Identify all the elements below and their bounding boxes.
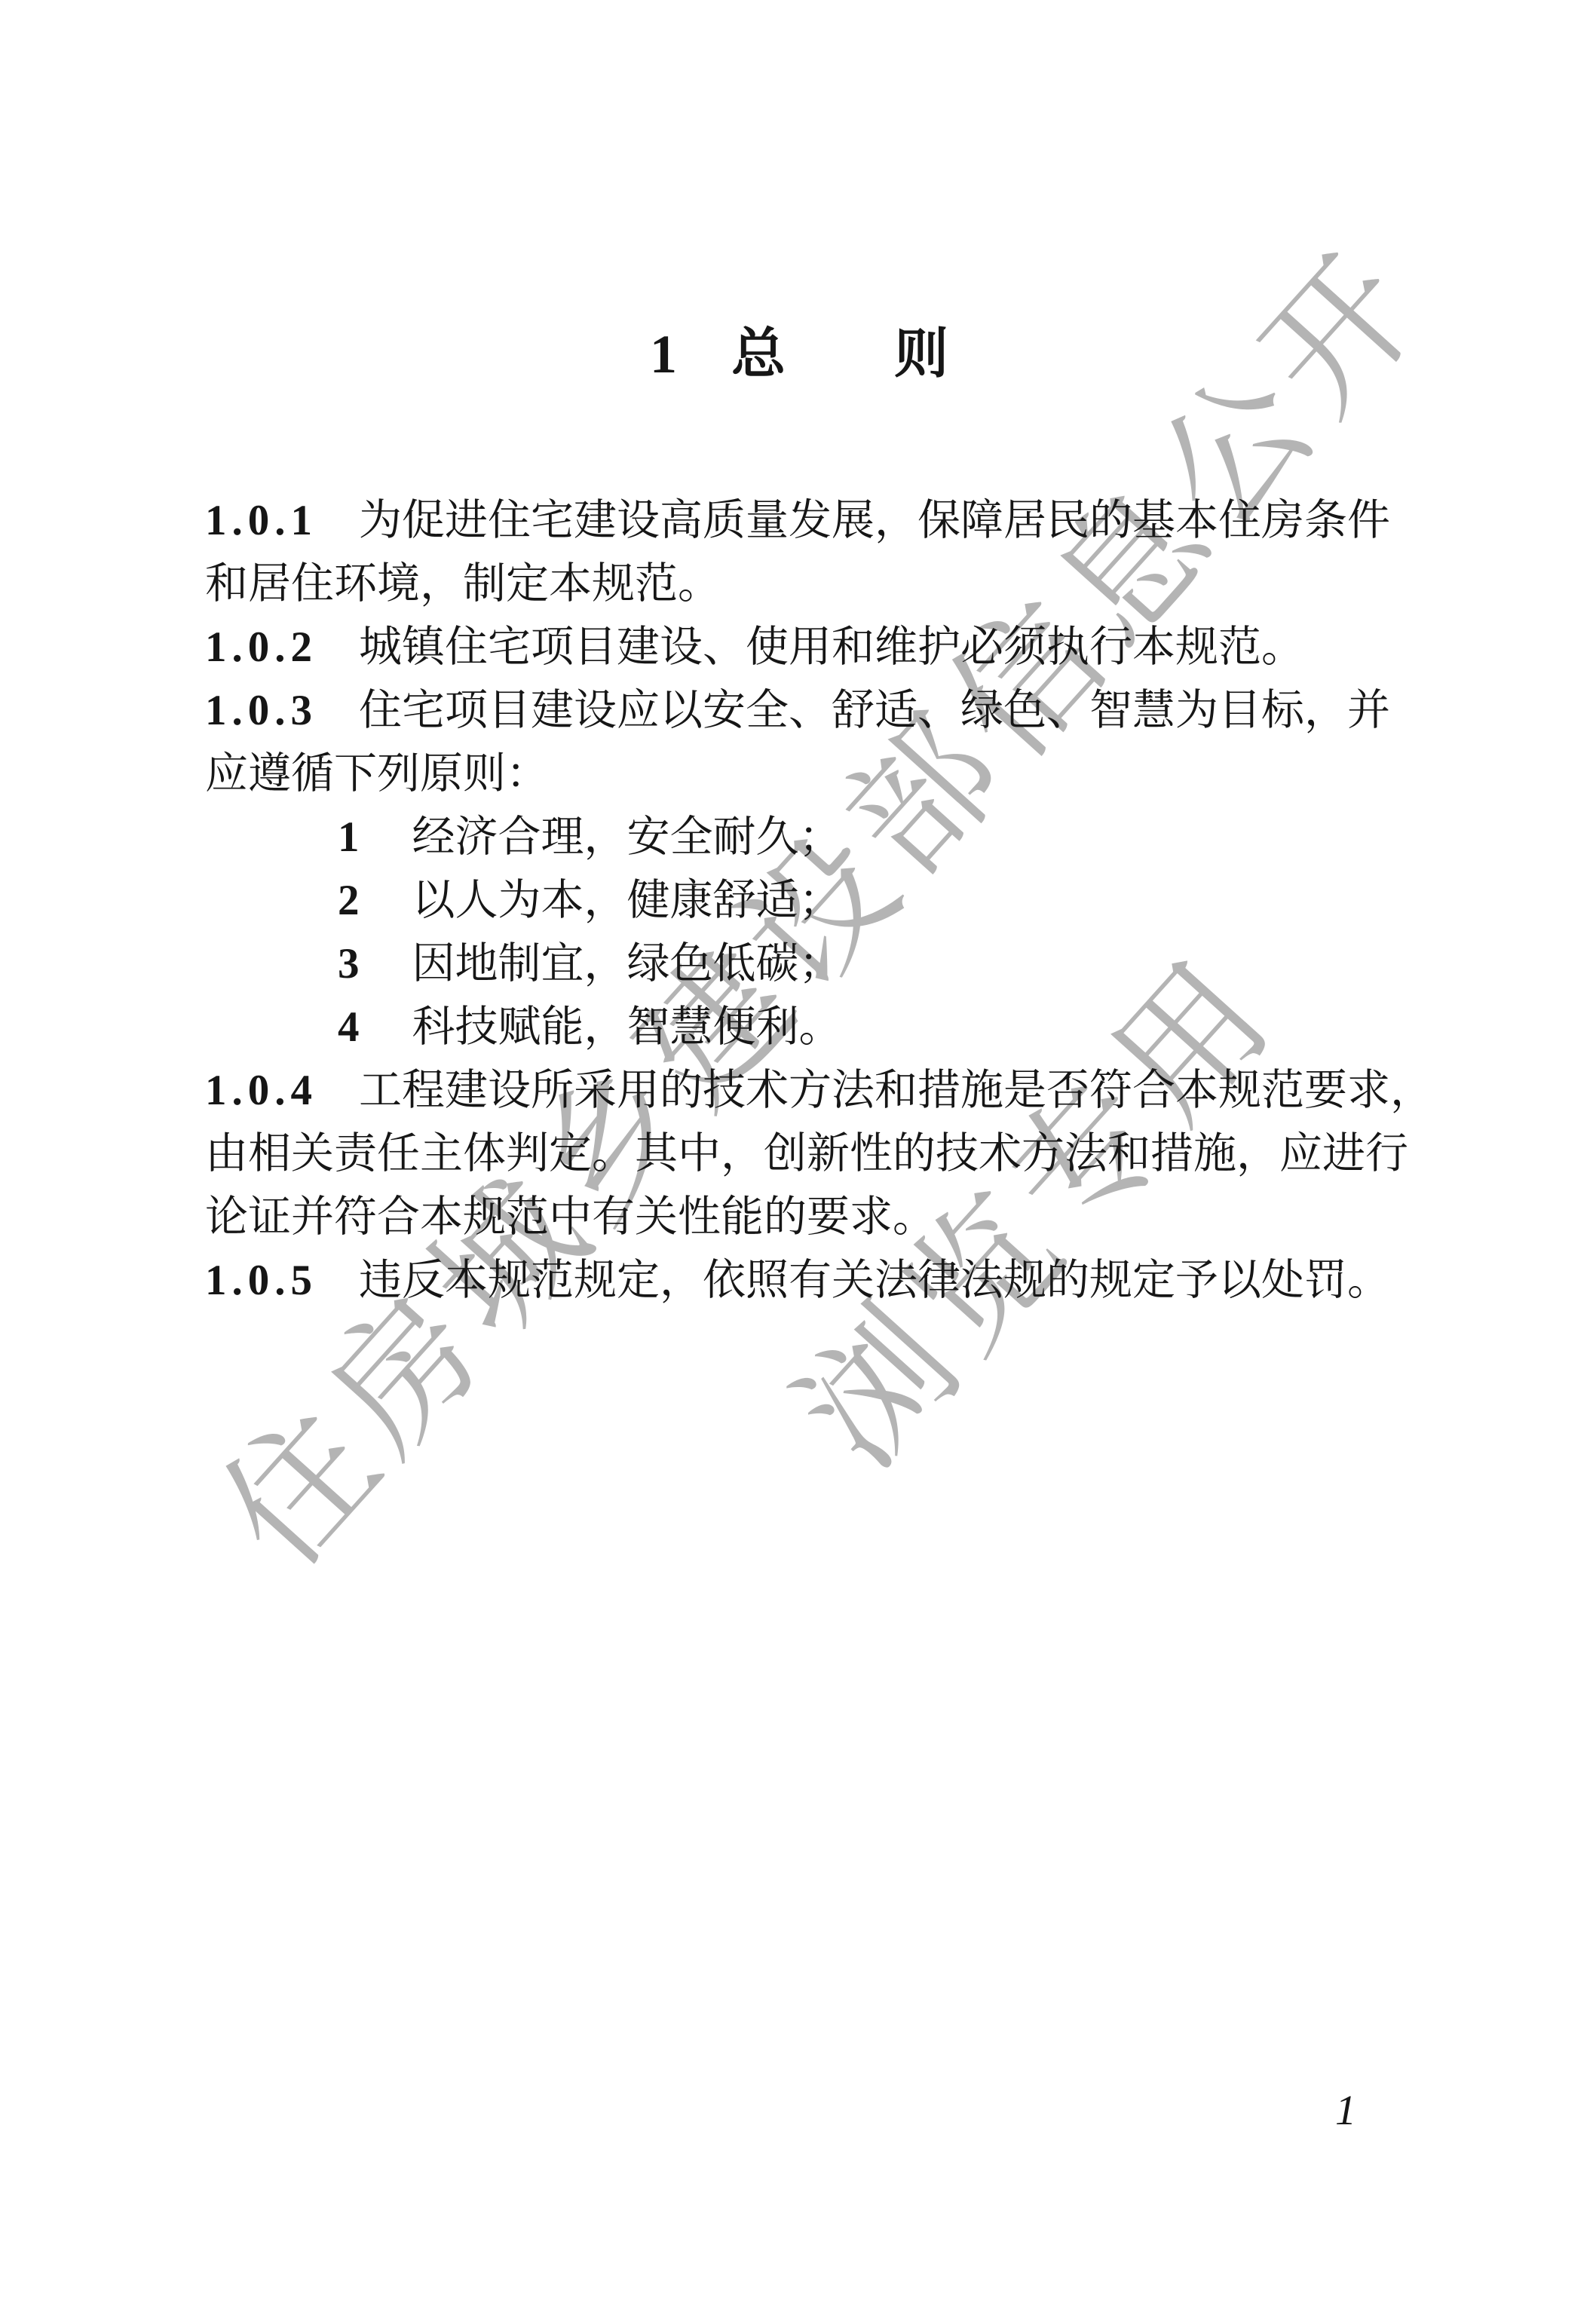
item-number: 1 <box>338 813 360 861</box>
line-text: 违反本规范规定，依照有关法律法规的规定予以处罚。 <box>359 1257 1390 1304</box>
body-line: 1.0.4工程建设所采用的技术方法和措施是否符合本规范要求， <box>205 1059 1441 1122</box>
line-text: 科技赋能，智慧便利。 <box>412 1003 842 1051</box>
line-text: 由相关责任主体判定。其中，创新性的技术方法和措施，应进行 <box>205 1130 1408 1177</box>
line-text: 经济合理，安全耐久； <box>412 813 842 861</box>
section-label: 1.0.3 <box>205 687 317 734</box>
document-page: 住房城乡建设部信息公开 浏览专用 1 总 则 1.0.1为促进住宅建设高质量发展… <box>0 0 1596 2312</box>
section-label: 1.0.5 <box>205 1257 317 1304</box>
line-text: 为促进住宅建设高质量发展，保障居民的基本住房条件 <box>359 497 1390 544</box>
line-text: 以人为本，健康舒适； <box>412 877 842 924</box>
line-text: 应遵循下列原则： <box>205 750 549 798</box>
body-line: 1.0.1为促进住宅建设高质量发展，保障居民的基本住房条件 <box>205 489 1441 553</box>
section-label: 1.0.1 <box>205 497 317 544</box>
line-text: 住宅项目建设应以安全、舒适、绿色、智慧为目标，并 <box>359 687 1390 734</box>
line-text: 论证并符合本规范中有关性能的要求。 <box>205 1193 936 1241</box>
section-label: 1.0.2 <box>205 623 317 671</box>
body-line: 应遵循下列原则： <box>205 743 1441 806</box>
body-list-item: 3因地制宜，绿色低碳； <box>205 932 1441 996</box>
body-line: 1.0.2城镇住宅项目建设、使用和维护必须执行本规范。 <box>205 616 1441 679</box>
line-text: 因地制宜，绿色低碳； <box>412 940 842 988</box>
line-text: 城镇住宅项目建设、使用和维护必须执行本规范。 <box>359 623 1304 671</box>
line-text: 和居住环境，制定本规范。 <box>205 560 721 608</box>
page-number: 1 <box>1282 2081 1410 2141</box>
item-number: 3 <box>338 940 360 988</box>
item-number: 2 <box>338 877 360 924</box>
line-text: 工程建设所采用的技术方法和措施是否符合本规范要求， <box>359 1067 1433 1114</box>
body-line: 和居住环境，制定本规范。 <box>205 553 1441 616</box>
body-text: 1.0.1为促进住宅建设高质量发展，保障居民的基本住房条件 和居住环境，制定本规… <box>205 489 1441 1312</box>
body-line: 论证并符合本规范中有关性能的要求。 <box>205 1186 1441 1249</box>
body-list-item: 2以人为本，健康舒适； <box>205 869 1441 932</box>
item-number: 4 <box>338 1003 360 1051</box>
section-label: 1.0.4 <box>205 1067 317 1114</box>
body-line: 1.0.5违反本规范规定，依照有关法律法规的规定予以处罚。 <box>205 1249 1441 1312</box>
body-list-item: 1经济合理，安全耐久； <box>205 806 1441 869</box>
chapter-title: 1 总 则 <box>200 317 1398 392</box>
body-list-item: 4科技赋能，智慧便利。 <box>205 996 1441 1059</box>
body-line: 由相关责任主体判定。其中，创新性的技术方法和措施，应进行 <box>205 1122 1441 1186</box>
body-line: 1.0.3住宅项目建设应以安全、舒适、绿色、智慧为目标，并 <box>205 679 1441 743</box>
